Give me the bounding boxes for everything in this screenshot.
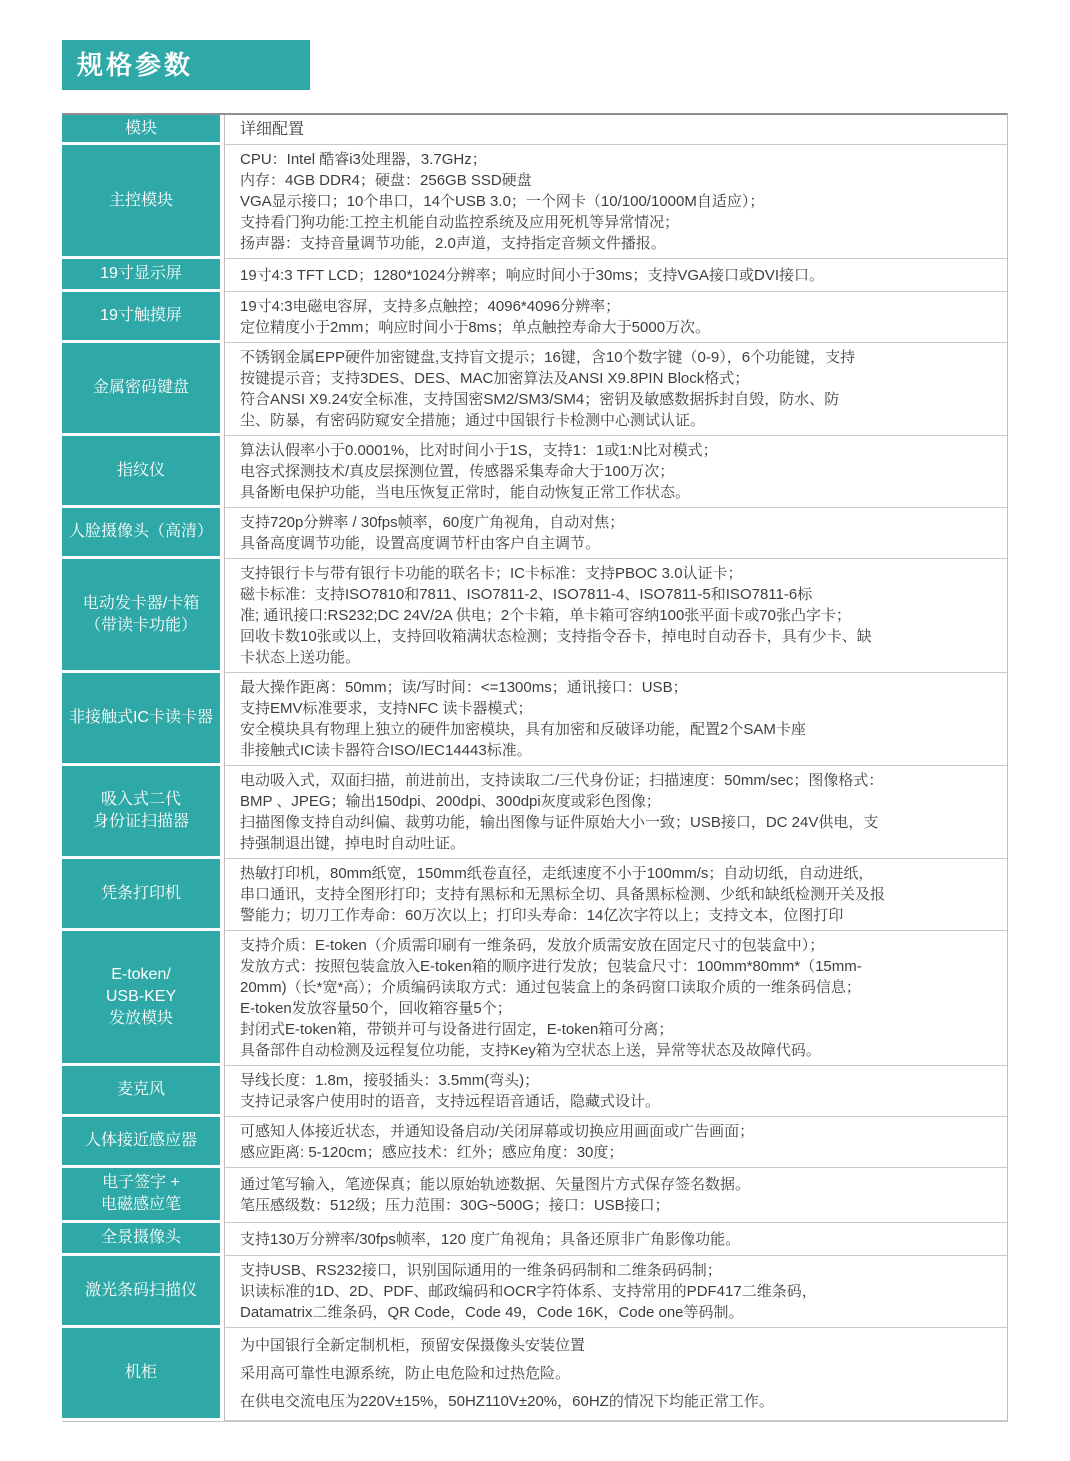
config-line: 磁卡标准：支持ISO7810和7811、ISO7811-2、ISO7811-4、… <box>240 584 997 605</box>
module-name: 身份证扫描器 <box>93 811 189 833</box>
table-row: 非接触式IC卡读卡器最大操作距离：50mm；读/写时间：<=1300ms；通讯接… <box>62 673 1007 766</box>
module-header-label: 模块 <box>125 118 157 140</box>
config-line: 发放方式：按照包装盒放入E-token箱的顺序进行发放；包装盒尺寸：100mm*… <box>240 956 997 977</box>
config-line: 20mm)（长*宽*高）；介质编码读取方式：通过包装盒上的条码窗口读取介质的一维… <box>240 977 997 998</box>
config-line: 安全模块具有物理上独立的硬件加密模块，具有加密和反破译功能，配置2个SAM卡座 <box>240 719 997 740</box>
config-line: 最大操作距离：50mm；读/写时间：<=1300ms；通讯接口：USB； <box>240 677 997 698</box>
module-name: （带读卡功能） <box>85 615 197 637</box>
config-line: 电容式探测技术/真皮层探测位置，传感器采集寿命大于100万次； <box>240 461 997 482</box>
module-header-cell: 模块 <box>62 115 220 145</box>
table-row: 指纹仪算法认假率小于0.0001%，比对时间小于1S，支持1：1或1:N比对模式… <box>62 436 1007 508</box>
config-line: 可感知人体接近状态，并通知设备启动/关闭屏幕或切换应用画面或广告画面； <box>240 1121 997 1142</box>
table-row: 主控模块CPU：Intel 酷睿i3处理器，3.7GHz；内存：4GB DDR4… <box>62 145 1007 259</box>
module-name: 金属密码键盘 <box>93 377 189 399</box>
config-line: 19寸4:3电磁电容屏，支持多点触控；4096*4096分辨率； <box>240 296 997 317</box>
page-title: 规格参数 <box>62 40 310 90</box>
module-name-cell: 非接触式IC卡读卡器 <box>62 673 220 766</box>
module-name: 非接触式IC卡读卡器 <box>69 707 213 729</box>
config-line: 持强制退出键，掉电时自动吐证。 <box>240 833 997 854</box>
module-name: 19寸显示屏 <box>100 263 182 285</box>
config-line: 为中国银行全新定制机柜，预留安保摄像头安装位置 <box>240 1332 997 1360</box>
module-name: 电磁感应笔 <box>101 1194 181 1216</box>
table-row: E-token/USB-KEY发放模块支持介质：E-token（介质需印刷有一维… <box>62 931 1007 1066</box>
table-row: 人体接近感应器可感知人体接近状态，并通知设备启动/关闭屏幕或切换应用画面或广告画… <box>62 1117 1007 1168</box>
table-row: 吸入式二代身份证扫描器电动吸入式，双面扫描，前进前出，支持读取二/三代身份证；扫… <box>62 766 1007 859</box>
module-name: 电动发卡器/卡箱 <box>83 593 199 615</box>
module-name-cell: 机柜 <box>62 1328 220 1421</box>
config-line: 支持130万分辨率/30fps帧率，120 度广角视角；具备还原非广角影像功能。 <box>240 1229 997 1250</box>
config-cell: 最大操作距离：50mm；读/写时间：<=1300ms；通讯接口：USB；支持EM… <box>224 673 1007 766</box>
table-row: 人脸摄像头（高清）支持720p分辨率 / 30fps帧率，60度广角视角，自动对… <box>62 508 1007 559</box>
table-row: 机柜为中国银行全新定制机柜，预留安保摄像头安装位置采用高可靠性电源系统，防止电危… <box>62 1328 1007 1421</box>
config-line: 在供电交流电压为220V±15%，50HZ110V±20%，60HZ的情况下均能… <box>240 1388 997 1416</box>
config-cell: 为中国银行全新定制机柜，预留安保摄像头安装位置采用高可靠性电源系统，防止电危险和… <box>224 1328 1007 1421</box>
config-line: 19寸4:3 TFT LCD；1280*1024分辨率；响应时间小于30ms；支… <box>240 265 997 286</box>
config-line: 准; 通讯接口:RS232;DC 24V/2A 供电；2个卡箱，单卡箱可容纳10… <box>240 605 997 626</box>
config-cell: 19寸4:3 TFT LCD；1280*1024分辨率；响应时间小于30ms；支… <box>224 259 1007 292</box>
config-header-label: 详细配置 <box>240 119 997 140</box>
module-name-cell: E-token/USB-KEY发放模块 <box>62 931 220 1066</box>
config-cell: 支持720p分辨率 / 30fps帧率，60度广角视角，自动对焦；具备高度调节功… <box>224 508 1007 559</box>
config-line: 支持720p分辨率 / 30fps帧率，60度广角视角，自动对焦； <box>240 512 997 533</box>
config-cell: 支持介质：E-token（介质需印刷有一维条码，发放介质需安放在固定尺寸的包装盒… <box>224 931 1007 1066</box>
module-name-cell: 麦克风 <box>62 1066 220 1117</box>
config-cell: 支持USB、RS232接口，识别国际通用的一维条码码制和二维条码码制；识读标准的… <box>224 1256 1007 1328</box>
config-line: 导线长度：1.8m，接驳插头：3.5mm(弯头)； <box>240 1070 997 1091</box>
table-row: 金属密码键盘不锈钢金属EPP硬件加密键盘,支持盲文提示；16键，含10个数字键（… <box>62 343 1007 436</box>
module-name-cell: 人脸摄像头（高清） <box>62 508 220 559</box>
module-name: E-token/ <box>111 964 171 986</box>
config-cell: 19寸4:3电磁电容屏，支持多点触控；4096*4096分辨率；定位精度小于2m… <box>224 292 1007 343</box>
config-line: VGA显示接口；10个串口，14个USB 3.0；一个网卡（10/100/100… <box>240 191 997 212</box>
config-line: 具备断电保护功能，当电压恢复正常时，能自动恢复正常工作状态。 <box>240 482 997 503</box>
spec-table-rows: 主控模块CPU：Intel 酷睿i3处理器，3.7GHz；内存：4GB DDR4… <box>62 145 1007 1421</box>
config-line: Datamatrix二维条码，QR Code，Code 49，Code 16K，… <box>240 1302 997 1323</box>
module-name: 激光条码扫描仪 <box>85 1280 197 1302</box>
config-line: 具备高度调节功能，设置高度调节杆由客户自主调节。 <box>240 533 997 554</box>
module-name: 机柜 <box>125 1362 157 1384</box>
config-line: 电动吸入式，双面扫描，前进前出，支持读取二/三代身份证；扫描速度：50mm/se… <box>240 770 997 791</box>
config-line: 热敏打印机，80mm纸宽，150mm纸卷直径，走纸速度不小于100mm/s；自动… <box>240 863 997 884</box>
config-line: 支持USB、RS232接口，识别国际通用的一维条码码制和二维条码码制； <box>240 1260 997 1281</box>
config-line: BMP 、JPEG；输出150dpi、200dpi、300dpi灰度或彩色图像； <box>240 791 997 812</box>
module-name-cell: 电子签字 +电磁感应笔 <box>62 1168 220 1223</box>
config-cell: CPU：Intel 酷睿i3处理器，3.7GHz；内存：4GB DDR4；硬盘：… <box>224 145 1007 259</box>
config-line: 支持介质：E-token（介质需印刷有一维条码，发放介质需安放在固定尺寸的包装盒… <box>240 935 997 956</box>
config-line: 串口通讯，支持全图形打印；支持有黑标和无黑标全切、具备黑标检测、少纸和缺纸检测开… <box>240 884 997 905</box>
config-header-cell: 详细配置 <box>224 115 1007 145</box>
config-cell: 可感知人体接近状态，并通知设备启动/关闭屏幕或切换应用画面或广告画面；感应距离:… <box>224 1117 1007 1168</box>
table-row: 19寸显示屏19寸4:3 TFT LCD；1280*1024分辨率；响应时间小于… <box>62 259 1007 292</box>
module-name: 电子签字 + <box>102 1172 180 1194</box>
config-line: 识读标准的1D、2D、PDF、邮政编码和OCR字符体系、支持常用的PDF417二… <box>240 1281 997 1302</box>
module-name-cell: 凭条打印机 <box>62 859 220 931</box>
config-line: 采用高可靠性电源系统，防止电危险和过热危险。 <box>240 1360 997 1388</box>
config-line: 按键提示音；支持3DES、DES、MAC加密算法及ANSI X9.8PIN Bl… <box>240 368 997 389</box>
config-cell: 不锈钢金属EPP硬件加密键盘,支持盲文提示；16键，含10个数字键（0-9），6… <box>224 343 1007 436</box>
config-line: 感应距离: 5-120cm；感应技术：红外；感应角度：30度； <box>240 1142 997 1163</box>
config-line: 回收卡数10张或以上，支持回收箱满状态检测；支持指令吞卡，掉电时自动吞卡，具有少… <box>240 626 997 647</box>
module-name-cell: 金属密码键盘 <box>62 343 220 436</box>
module-name: 全景摄像头 <box>101 1227 181 1249</box>
module-name-cell: 激光条码扫描仪 <box>62 1256 220 1328</box>
module-name: 人体接近感应器 <box>85 1130 197 1152</box>
module-name: 麦克风 <box>117 1079 165 1101</box>
config-line: 支持EMV标准要求，支持NFC 读卡器模式； <box>240 698 997 719</box>
table-row: 电动发卡器/卡箱（带读卡功能）支持银行卡与带有银行卡功能的联名卡；IC卡标准：支… <box>62 559 1007 673</box>
config-line: 支持看门狗功能:工控主机能自动监控系统及应用死机等异常情况； <box>240 212 997 233</box>
module-name: 指纹仪 <box>117 460 165 482</box>
config-line: 内存：4GB DDR4；硬盘：256GB SSD硬盘 <box>240 170 997 191</box>
config-cell: 支持银行卡与带有银行卡功能的联名卡；IC卡标准：支持PBOC 3.0认证卡；磁卡… <box>224 559 1007 673</box>
table-row: 麦克风导线长度：1.8m，接驳插头：3.5mm(弯头)；支持记录客户使用时的语音… <box>62 1066 1007 1117</box>
config-line: 尘、防暴，有密码防窥安全措施；通过中国银行卡检测中心测试认证。 <box>240 410 997 431</box>
config-line: 算法认假率小于0.0001%，比对时间小于1S，支持1：1或1:N比对模式； <box>240 440 997 461</box>
table-row: 激光条码扫描仪支持USB、RS232接口，识别国际通用的一维条码码制和二维条码码… <box>62 1256 1007 1328</box>
module-name-cell: 指纹仪 <box>62 436 220 508</box>
config-cell: 通过笔写输入，笔迹保真；能以原始轨迹数据、矢量图片方式保存签名数据。笔压感级数：… <box>224 1168 1007 1223</box>
table-row: 全景摄像头支持130万分辨率/30fps帧率，120 度广角视角；具备还原非广角… <box>62 1223 1007 1256</box>
config-cell: 电动吸入式，双面扫描，前进前出，支持读取二/三代身份证；扫描速度：50mm/se… <box>224 766 1007 859</box>
module-name-cell: 吸入式二代身份证扫描器 <box>62 766 220 859</box>
config-line: 支持记录客户使用时的语音，支持远程语音通话，隐藏式设计。 <box>240 1091 997 1112</box>
config-line: 定位精度小于2mm；响应时间小于8ms；单点触控寿命大于5000万次。 <box>240 317 997 338</box>
module-name-cell: 主控模块 <box>62 145 220 259</box>
module-name: 发放模块 <box>109 1008 173 1030</box>
config-cell: 导线长度：1.8m，接驳插头：3.5mm(弯头)；支持记录客户使用时的语音，支持… <box>224 1066 1007 1117</box>
config-line: 警能力；切刀工作寿命：60万次以上；打印头寿命：14亿次字符以上；支持文本，位图… <box>240 905 997 926</box>
config-cell: 算法认假率小于0.0001%，比对时间小于1S，支持1：1或1:N比对模式；电容… <box>224 436 1007 508</box>
module-name: 吸入式二代 <box>101 789 181 811</box>
module-name-cell: 19寸显示屏 <box>62 259 220 292</box>
config-cell: 支持130万分辨率/30fps帧率，120 度广角视角；具备还原非广角影像功能。 <box>224 1223 1007 1256</box>
table-header-row: 模块 详细配置 <box>62 115 1007 145</box>
module-name: 主控模块 <box>109 190 173 212</box>
table-row: 凭条打印机热敏打印机，80mm纸宽，150mm纸卷直径，走纸速度不小于100mm… <box>62 859 1007 931</box>
config-line: 通过笔写输入，笔迹保真；能以原始轨迹数据、矢量图片方式保存签名数据。 <box>240 1174 997 1195</box>
config-line: 扬声器：支持音量调节功能，2.0声道，支持指定音频文件播报。 <box>240 233 997 254</box>
table-row: 19寸触摸屏19寸4:3电磁电容屏，支持多点触控；4096*4096分辨率；定位… <box>62 292 1007 343</box>
config-line: 卡状态上送功能。 <box>240 647 997 668</box>
config-line: 不锈钢金属EPP硬件加密键盘,支持盲文提示；16键，含10个数字键（0-9），6… <box>240 347 997 368</box>
config-line: 非接触式IC读卡器符合ISO/IEC14443标准。 <box>240 740 997 761</box>
config-line: 符合ANSI X9.24安全标准，支持国密SM2/SM3/SM4；密钥及敏感数据… <box>240 389 997 410</box>
table-row: 电子签字 +电磁感应笔通过笔写输入，笔迹保真；能以原始轨迹数据、矢量图片方式保存… <box>62 1168 1007 1223</box>
module-name: 凭条打印机 <box>101 883 181 905</box>
module-name-cell: 电动发卡器/卡箱（带读卡功能） <box>62 559 220 673</box>
module-name-cell: 全景摄像头 <box>62 1223 220 1256</box>
module-name: 人脸摄像头（高清） <box>69 521 213 543</box>
config-line: 具备部件自动检测及远程复位功能，支持Key箱为空状态上送，异常等状态及故障代码。 <box>240 1040 997 1061</box>
module-name: USB-KEY <box>106 986 176 1008</box>
config-line: CPU：Intel 酷睿i3处理器，3.7GHz； <box>240 149 997 170</box>
module-name: 19寸触摸屏 <box>100 305 182 327</box>
config-line: 支持银行卡与带有银行卡功能的联名卡；IC卡标准：支持PBOC 3.0认证卡； <box>240 563 997 584</box>
module-name-cell: 人体接近感应器 <box>62 1117 220 1168</box>
config-line: E-token发放容量50个，回收箱容量5个； <box>240 998 997 1019</box>
config-line: 扫描图像支持自动纠偏、裁剪功能，输出图像与证件原始大小一致；USB接口，DC 2… <box>240 812 997 833</box>
config-line: 笔压感级数：512级；压力范围：30G~500G；接口：USB接口； <box>240 1195 997 1216</box>
spec-table: 模块 详细配置 主控模块CPU：Intel 酷睿i3处理器，3.7GHz；内存：… <box>62 113 1008 1422</box>
config-line: 封闭式E-token箱，带锁并可与设备进行固定，E-token箱可分离； <box>240 1019 997 1040</box>
module-name-cell: 19寸触摸屏 <box>62 292 220 343</box>
config-cell: 热敏打印机，80mm纸宽，150mm纸卷直径，走纸速度不小于100mm/s；自动… <box>224 859 1007 931</box>
